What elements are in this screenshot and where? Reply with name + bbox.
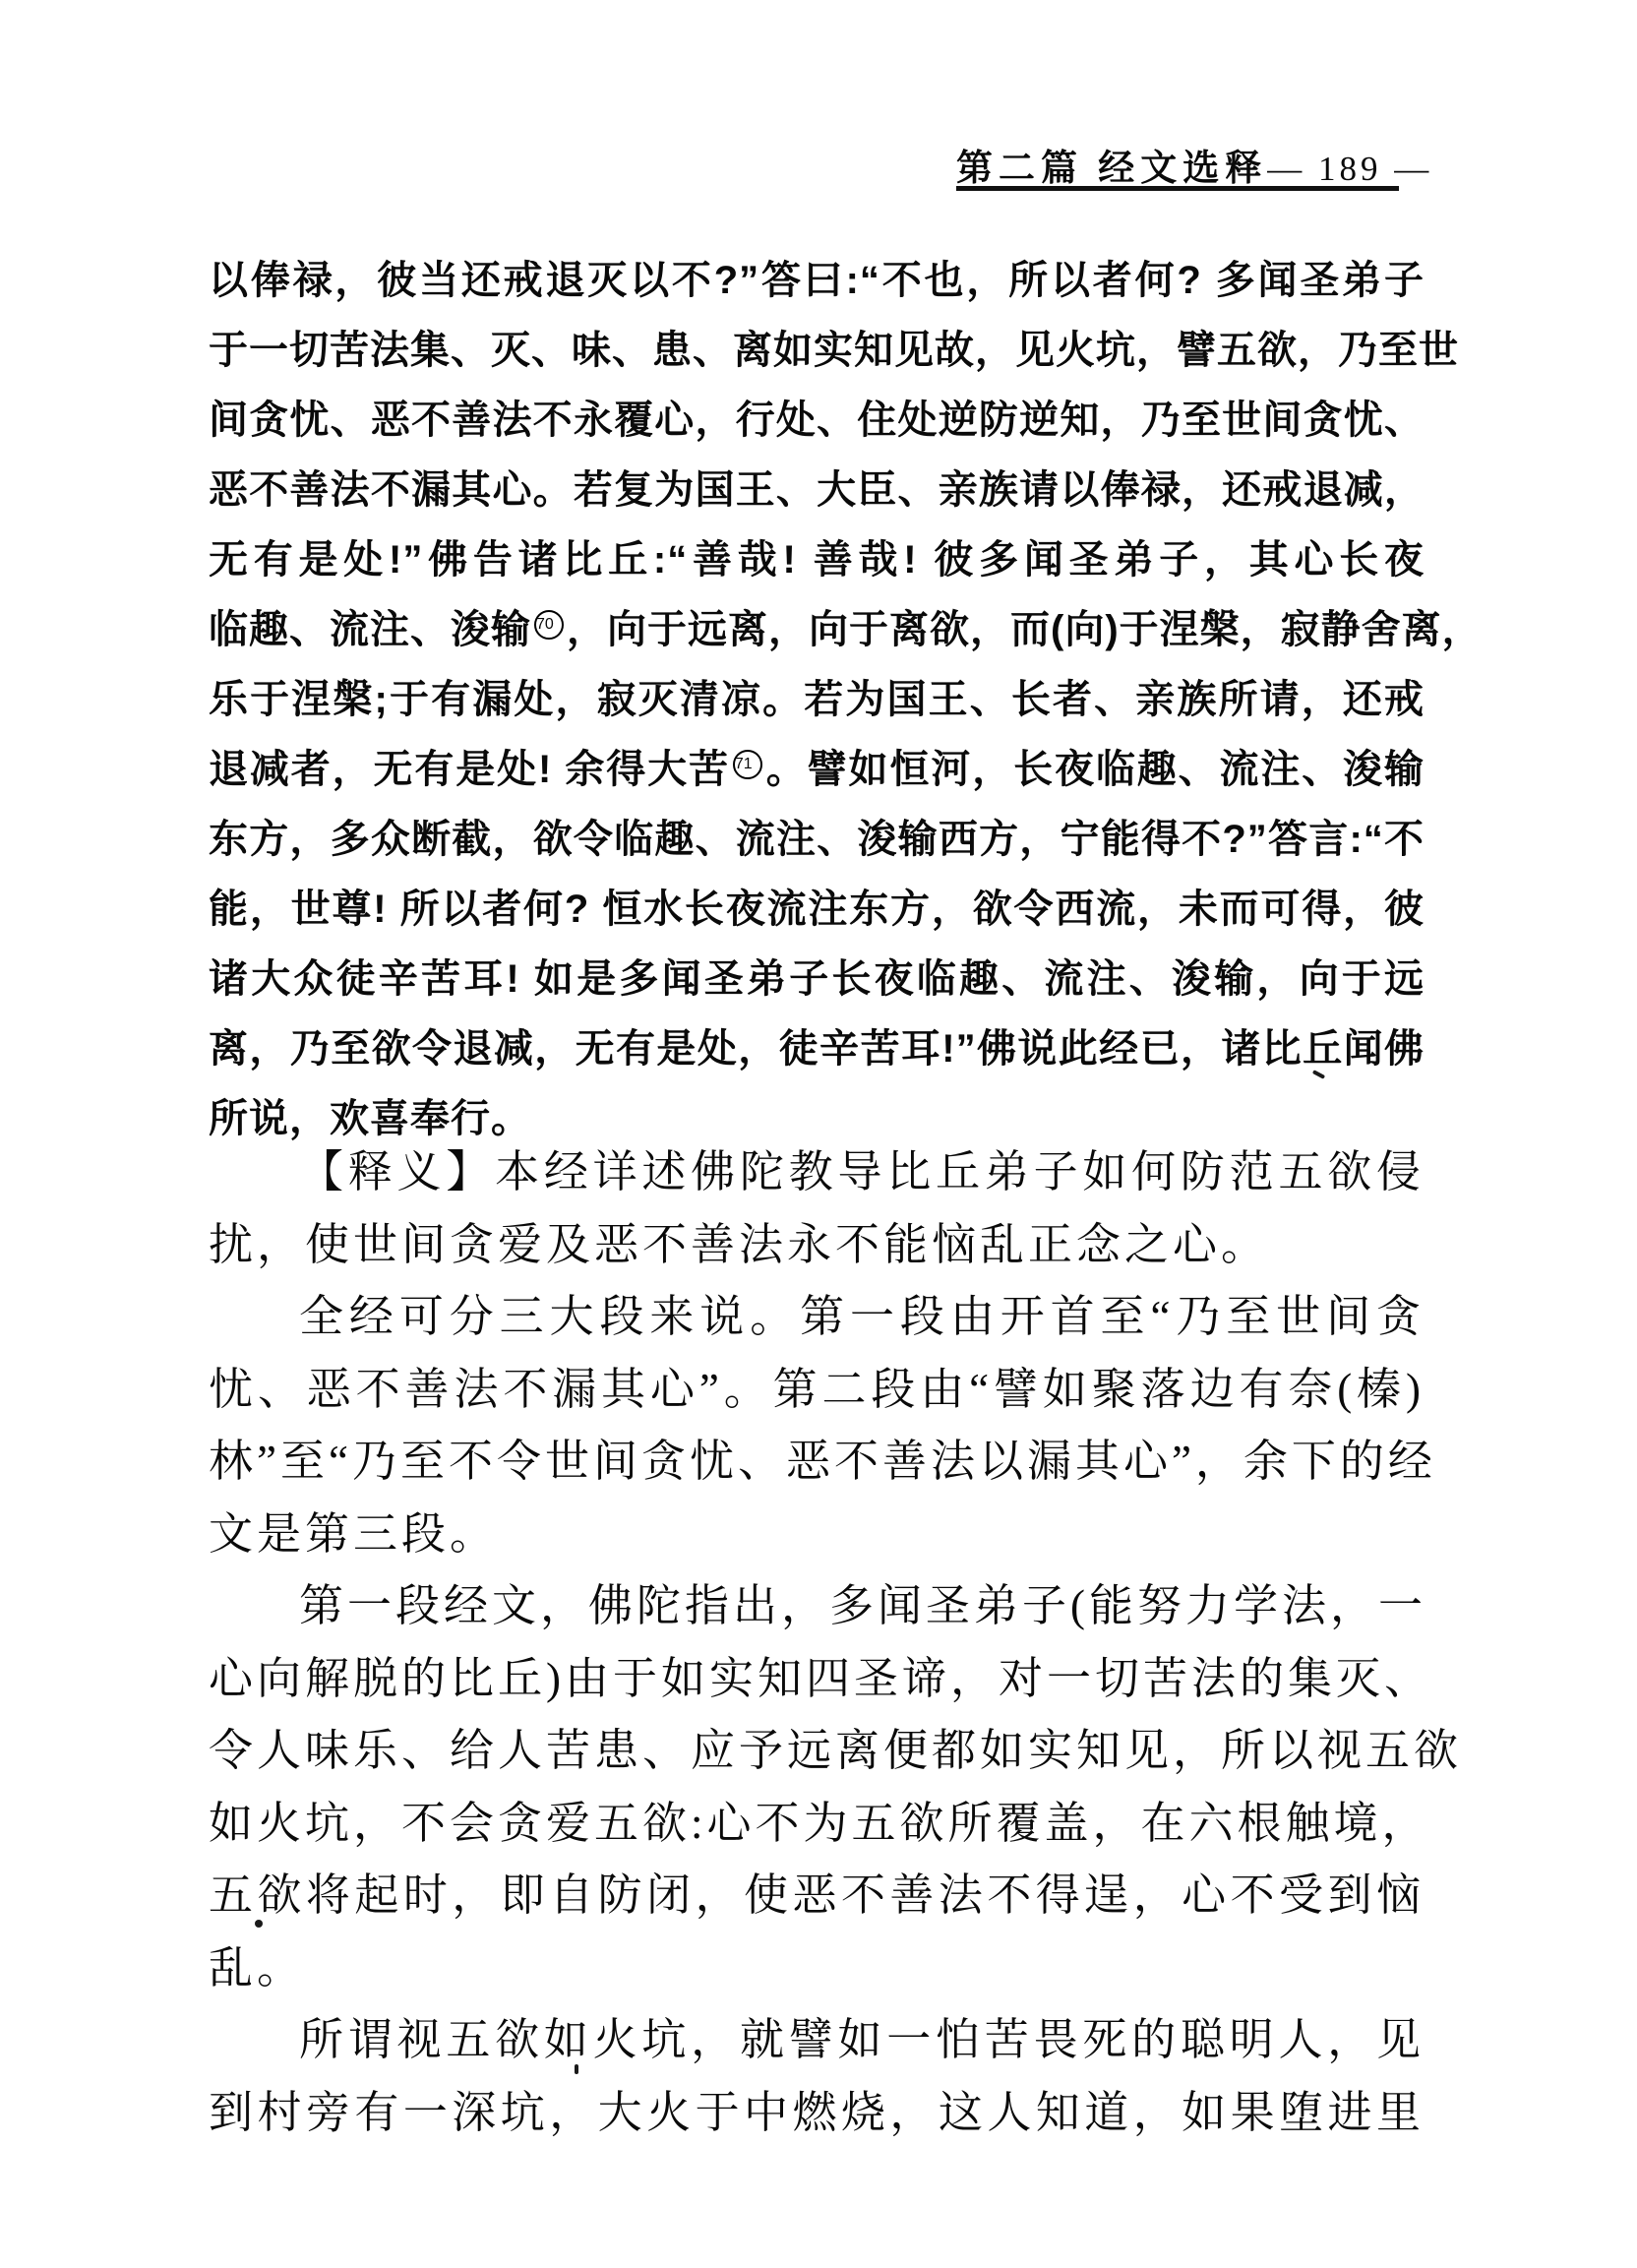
print-artifact: [575, 2064, 578, 2074]
sutra-text-line: 以俸禄，彼当还戒退灭以不?”答曰:“不也，所以者何? 多闻圣弟子: [209, 246, 1425, 316]
book-page: 第二篇 经文选释 — 189 — 以俸禄，彼当还戒退灭以不?”答曰:“不也，所以…: [0, 0, 1637, 2268]
sutra-text-line: 诸大众徒辛苦耳! 如是多闻圣弟子长夜临趣、流注、浚输，向于远: [209, 945, 1425, 1014]
footnote-ref: 71: [733, 750, 762, 779]
commentary-text-line: 【释义】本经详述佛陀教导比丘弟子如何防范五欲侵: [209, 1136, 1425, 1209]
footnote-ref: 70: [534, 610, 564, 640]
commentary-text-line: 林”至“乃至不令世间贪忧、恶不善法以漏其心”，余下的经: [209, 1426, 1425, 1499]
sutra-text-line: 临趣、流注、浚输70，向于远离，向于离欲，而(向)于涅槃，寂静舍离，: [209, 595, 1425, 665]
header-rule: [956, 186, 1399, 191]
sutra-quotation-block: 以俸禄，彼当还戒退灭以不?”答曰:“不也，所以者何? 多闻圣弟子于一切苦法集、灭…: [209, 246, 1425, 1154]
header-section-title: 第二篇 经文选释: [956, 138, 1267, 191]
commentary-text-line: 令人味乐、给人苦患、应予远离便都如实知见，所以视五欲: [209, 1715, 1425, 1788]
commentary-text-line: 如火坑，不会贪爱五欲:心不为五欲所覆盖，在六根触境，: [209, 1788, 1425, 1861]
commentary-text-line: 全经可分三大段来说。第一段由开首至“乃至世间贪: [209, 1281, 1425, 1354]
commentary-text-line: 到村旁有一深坑，大火于中燃烧，这人知道，如果堕进里: [209, 2077, 1425, 2150]
sutra-text-line: 乐于涅槃;于有漏处，寂灭清凉。若为国王、长者、亲族所请，还戒: [209, 665, 1425, 735]
commentary-text-line: 心向解脱的比丘)由于如实知四圣谛，对一切苦法的集灭、: [209, 1643, 1425, 1716]
sutra-text-line: 于一切苦法集、灭、味、患、离如实知见故，见火坑，譬五欲，乃至世: [209, 316, 1425, 386]
sutra-text-line: 退减者，无有是处! 余得大苦71。譬如恒河，长夜临趣、流注、浚输: [209, 735, 1425, 805]
commentary-text-line: 第一段经文，佛陀指出，多闻圣弟子(能努力学法，一: [209, 1570, 1425, 1643]
commentary-text-line: 五欲将起时，即自防闭，使恶不善法不得逞，心不受到恼: [209, 1860, 1425, 1932]
commentary-text-line: 文是第三段。: [209, 1499, 1425, 1571]
header-page-number: — 189 —: [1267, 150, 1432, 189]
sutra-text-line: 间贪忧、恶不善法不永覆心，行处、住处逆防逆知，乃至世间贪忧、: [209, 386, 1425, 456]
print-artifact: [255, 1920, 263, 1928]
commentary-text-line: 所谓视五欲如火坑，就譬如一怕苦畏死的聪明人，见: [209, 2004, 1425, 2077]
sutra-text-line: 能，世尊! 所以者何? 恒水长夜流注东方，欲令西流，未而可得，彼: [209, 875, 1425, 945]
sutra-text-line: 东方，多众断截，欲令临趣、流注、浚输西方，宁能得不?”答言:“不: [209, 805, 1425, 875]
sutra-text-line: 无有是处!”佛告诸比丘:“善哉! 善哉! 彼多闻圣弟子，其心长夜: [209, 525, 1425, 595]
sutra-text-line: 离，乃至欲令退减，无有是处，徒辛苦耳!”佛说此经已，诸比丘闻佛: [209, 1014, 1425, 1084]
commentary-text-line: 扰，使世间贪爱及恶不善法永不能恼乱正念之心。: [209, 1209, 1425, 1282]
commentary-text-line: 乱。: [209, 1932, 1425, 2005]
commentary-block: 【释义】本经详述佛陀教导比丘弟子如何防范五欲侵扰，使世间贪爱及恶不善法永不能恼乱…: [209, 1136, 1425, 2149]
sutra-text-line: 恶不善法不漏其心。若复为国王、大臣、亲族请以俸禄，还戒退减，: [209, 456, 1425, 525]
commentary-text-line: 忧、恶不善法不漏其心”。第二段由“譬如聚落边有奈(榛): [209, 1354, 1425, 1427]
running-header: 第二篇 经文选释 — 189 —: [956, 138, 1399, 191]
